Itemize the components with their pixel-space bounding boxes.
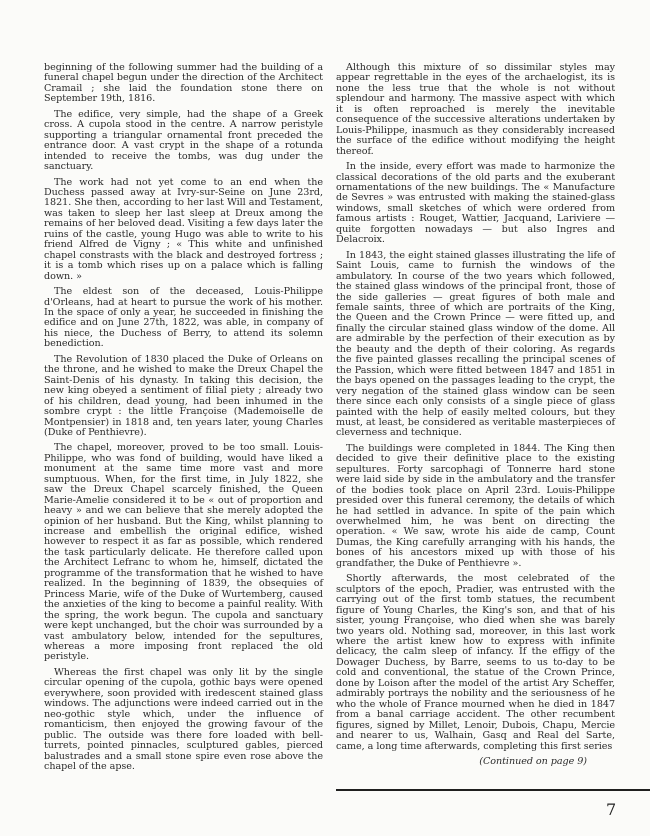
document-page: beginning of the following summer had th… [0, 0, 650, 836]
footer-rule [336, 789, 650, 791]
paragraph: In the inside, every effort was made to … [336, 162, 615, 246]
paragraph: Although this mixture of so dissimilar s… [336, 63, 615, 157]
paragraph: Shortly afterwards, the most celebrated … [336, 574, 615, 752]
paragraph: The buildings were completed in 1844. Th… [336, 444, 615, 569]
paragraph: beginning of the following summer had th… [44, 63, 323, 105]
page-number: 7 [606, 800, 616, 819]
paragraph: The chapel, moreover, proved to be too s… [44, 443, 323, 663]
paragraph: In 1843, the eight stained glasses illus… [336, 251, 615, 439]
paragraph: The eldest son of the deceased, Louis-Ph… [44, 287, 323, 350]
paragraph: Whereas the first chapel was only lit by… [44, 668, 323, 773]
paragraph: The edifice, very simple, had the shape … [44, 110, 323, 173]
continued-note: (Continued on page 9) [336, 757, 615, 767]
paragraph: The work had not yet come to an end when… [44, 178, 323, 283]
left-column: beginning of the following summer had th… [44, 63, 323, 777]
right-column: Although this mixture of so dissimilar s… [336, 63, 615, 767]
paragraph: The Revolution of 1830 placed the Duke o… [44, 355, 323, 439]
